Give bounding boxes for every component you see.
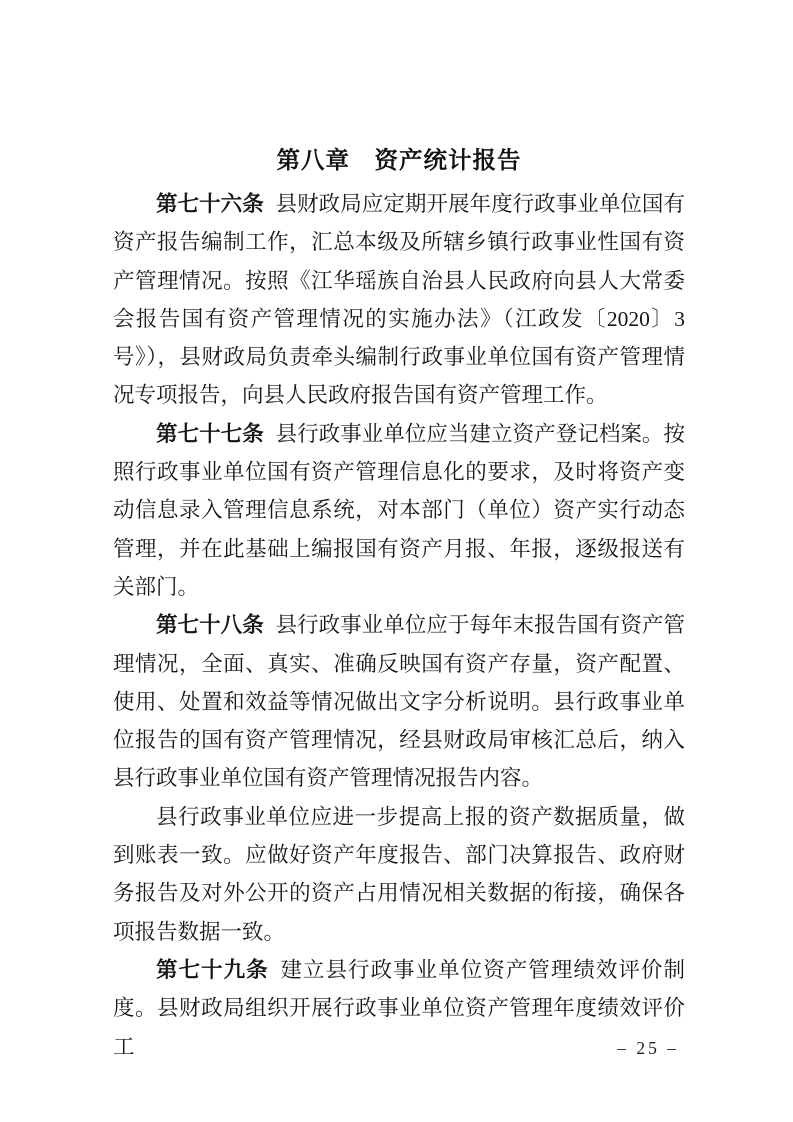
document-page: { "document": { "chapter_title": "第八章 资产… bbox=[0, 0, 793, 1122]
paragraph-continuation: 县行政事业单位应进一步提高上报的资产数据质量，做到账表一致。应做好资产年度报告、… bbox=[113, 798, 685, 951]
paragraph-article-79: 第七十九条建立县行政事业单位资产管理绩效评价制度。县财政局组织开展行政事业单位资… bbox=[113, 951, 685, 1066]
page-number: – 25 – bbox=[617, 1038, 679, 1059]
paragraph-text: 县行政事业单位应当建立资产登记档案。按照行政事业单位国有资产管理信息化的要求，及… bbox=[113, 422, 685, 599]
article-number: 第七十八条 bbox=[156, 613, 264, 637]
document-body: 第七十六条县财政局应定期开展年度行政事业单位国有资产报告编制工作，汇总本级及所辖… bbox=[113, 185, 685, 1066]
paragraph-text: 县行政事业单位应进一步提高上报的资产数据质量，做到账表一致。应做好资产年度报告、… bbox=[113, 805, 685, 944]
paragraph-text: 县行政事业单位应于每年末报告国有资产管理情况，全面、真实、准确反映国有资产存量，… bbox=[113, 613, 685, 790]
paragraph-article-78: 第七十八条县行政事业单位应于每年末报告国有资产管理情况，全面、真实、准确反映国有… bbox=[113, 606, 685, 797]
page-content: 第八章 资产统计报告 第七十六条县财政局应定期开展年度行政事业单位国有资产报告编… bbox=[113, 0, 685, 1066]
article-number: 第七十七条 bbox=[156, 422, 264, 446]
chapter-heading: 第八章 资产统计报告 bbox=[113, 143, 685, 177]
paragraph-article-76: 第七十六条县财政局应定期开展年度行政事业单位国有资产报告编制工作，汇总本级及所辖… bbox=[113, 185, 685, 415]
paragraph-article-77: 第七十七条县行政事业单位应当建立资产登记档案。按照行政事业单位国有资产管理信息化… bbox=[113, 415, 685, 606]
article-number: 第七十九条 bbox=[156, 958, 269, 982]
article-number: 第七十六条 bbox=[156, 192, 264, 216]
paragraph-text: 县财政局应定期开展年度行政事业单位国有资产报告编制工作，汇总本级及所辖乡镇行政事… bbox=[113, 192, 685, 407]
